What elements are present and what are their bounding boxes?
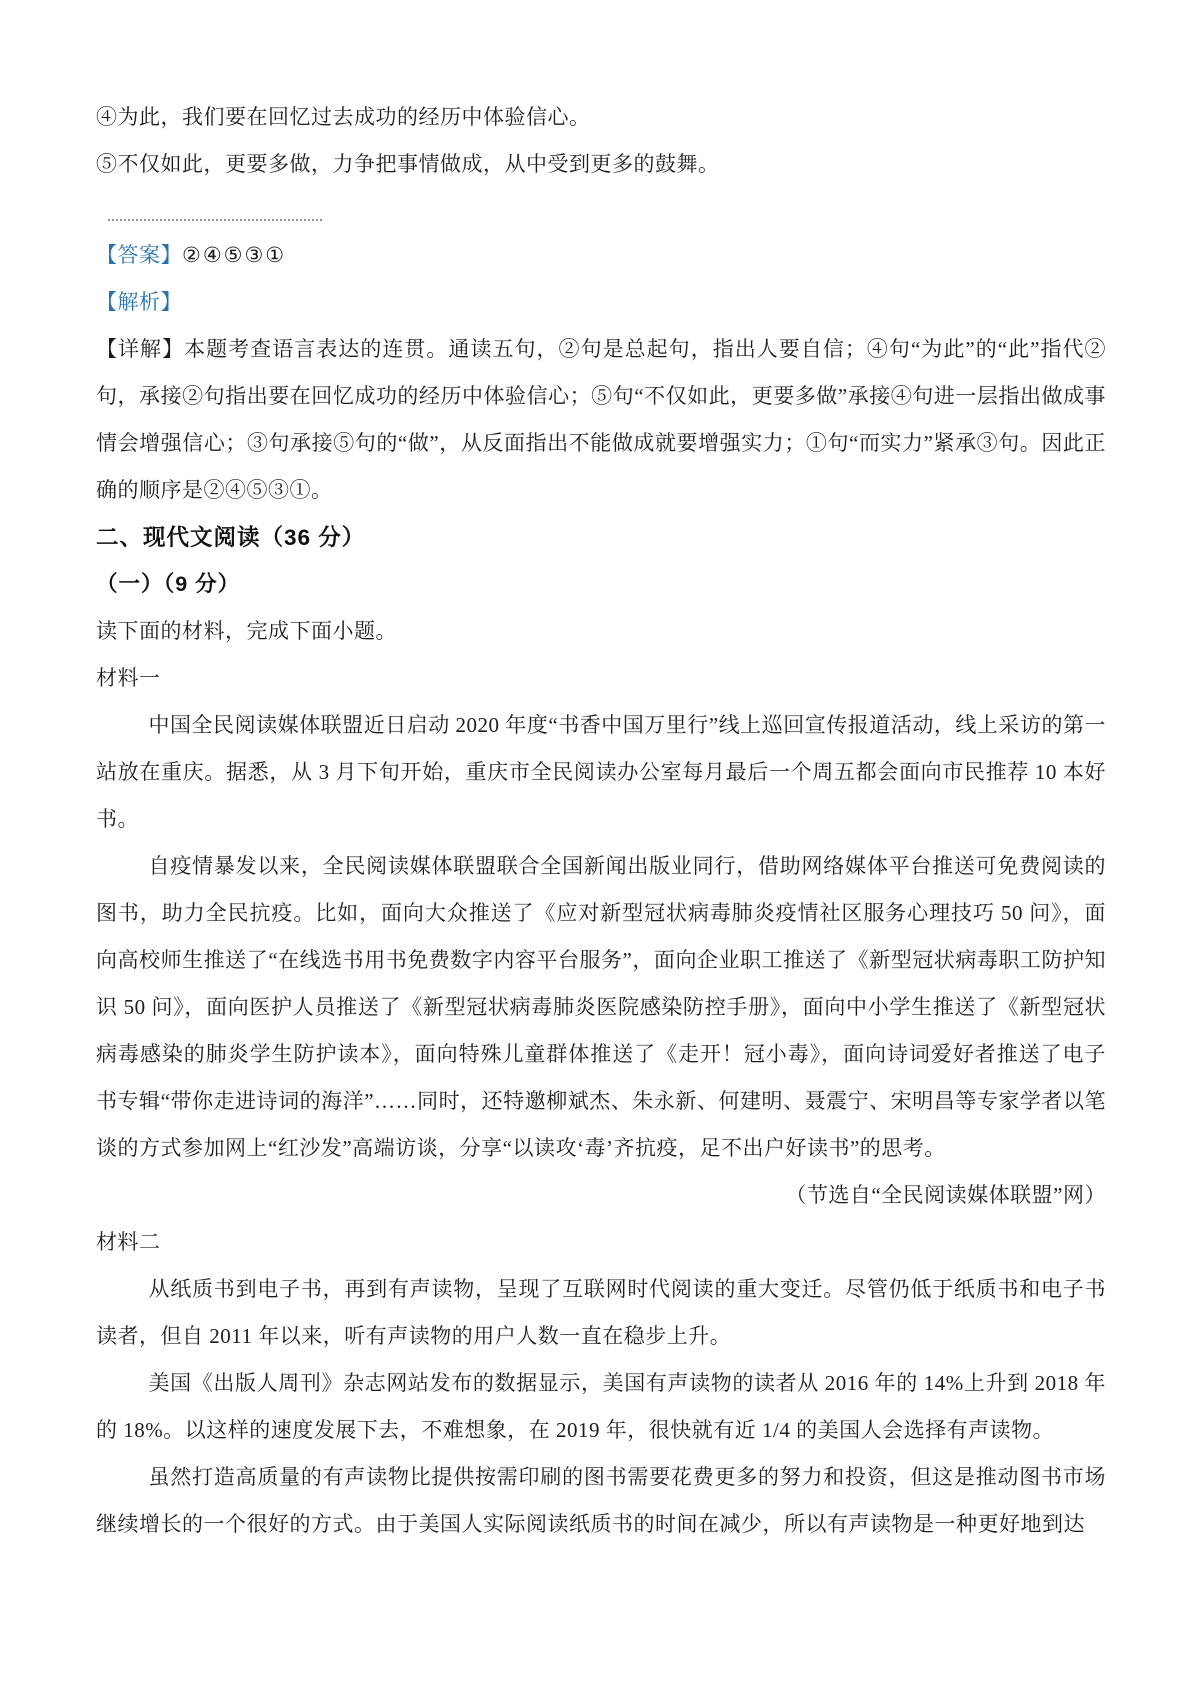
- subsection-heading: （一）（9 分）: [96, 561, 1106, 608]
- instruction-text: 读下面的材料，完成下面小题。: [96, 608, 1106, 655]
- document-body: ④为此，我们要在回忆过去成功的经历中体验信心。 ⑤不仅如此，更要多做，力争把事情…: [96, 94, 1106, 1548]
- analysis-line: 【解析】: [96, 279, 1106, 326]
- material-two-label: 材料二: [96, 1219, 1106, 1266]
- answer-blank-line: [108, 219, 322, 221]
- sentence-item-4: ④为此，我们要在回忆过去成功的经历中体验信心。: [96, 94, 1106, 141]
- material-two-paragraph-1: 从纸质书到电子书，再到有声读物，呈现了互联网时代阅读的重大变迁。尽管仍低于纸质书…: [96, 1266, 1106, 1360]
- section-heading: 二、现代文阅读（36 分）: [96, 514, 1106, 561]
- detail-paragraph: 【详解】本题考查语言表达的连贯。通读五句，②句是总起句，指出人要自信；④句“为此…: [96, 326, 1106, 514]
- detail-label: 【详解】: [96, 337, 184, 361]
- material-one-paragraph-1: 中国全民阅读媒体联盟近日启动 2020 年度“书香中国万里行”线上巡回宣传报道活…: [96, 702, 1106, 843]
- analysis-label: 【解析】: [96, 290, 182, 314]
- detail-text: 本题考查语言表达的连贯。通读五句，②句是总起句，指出人要自信；④句“为此”的“此…: [96, 337, 1106, 502]
- material-one-paragraph-2: 自疫情暴发以来，全民阅读媒体联盟联合全国新闻出版业同行，借助网络媒体平台推送可免…: [96, 843, 1106, 1172]
- answer-line: 【答案】②④⑤③①: [96, 232, 1106, 279]
- material-one-label: 材料一: [96, 655, 1106, 702]
- answer-label: 【答案】: [96, 243, 182, 267]
- attribution-text: （节选自“全民阅读媒体联盟”网）: [96, 1172, 1106, 1219]
- material-two-paragraph-3: 虽然打造高质量的有声读物比提供按需印刷的图书需要花费更多的努力和投资，但这是推动…: [96, 1454, 1106, 1548]
- answer-value: ②④⑤③①: [182, 243, 286, 267]
- sentence-item-5: ⑤不仅如此，更要多做，力争把事情做成，从中受到更多的鼓舞。: [96, 141, 1106, 188]
- document-page: ④为此，我们要在回忆过去成功的经历中体验信心。 ⑤不仅如此，更要多做，力争把事情…: [0, 0, 1200, 1698]
- material-two-paragraph-2: 美国《出版人周刊》杂志网站发布的数据显示，美国有声读物的读者从 2016 年的 …: [96, 1360, 1106, 1454]
